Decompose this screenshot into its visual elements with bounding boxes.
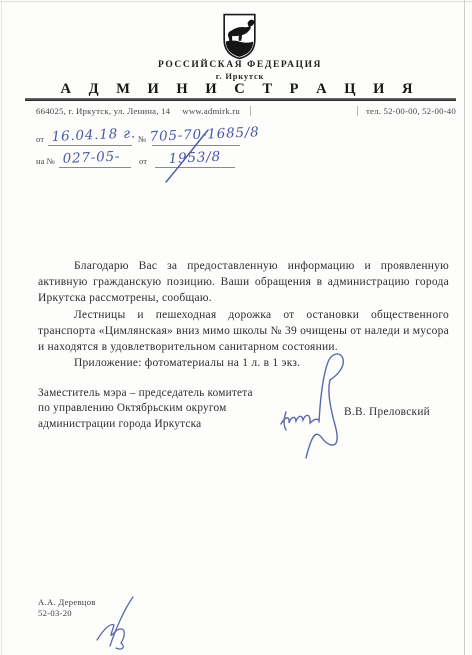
executor-block: А.А. Деревцов 52-03-20 — [38, 597, 96, 618]
paragraph-attachment: Приложение: фотоматериалы на 1 л. в 1 эк… — [38, 355, 449, 371]
outgoing-number-label: № — [138, 134, 146, 146]
reference-row-outgoing: от16.04.18 г.№705-70-1685/8 — [36, 127, 296, 149]
paragraph-report: Лестницы и пешеходная дорожка от останов… — [38, 307, 449, 356]
scan-edge-left — [1, 0, 2, 655]
letterhead-website: www.admirk.ru — [182, 106, 251, 116]
incoming-number-field: 027-05- — [59, 149, 131, 168]
outgoing-number-handwritten: 705-70-1685/8 — [150, 124, 261, 145]
signer-position-line: по управлению Октябрьским округом — [38, 401, 308, 416]
header-country: РОССИЙСКАЯ ФЕДЕРАЦИЯ — [0, 60, 472, 70]
irkutsk-coat-of-arms-icon — [221, 13, 258, 60]
letterhead-address: 664025, г. Иркутск, ул. Ленина, 14 — [36, 106, 170, 116]
outgoing-date-handwritten: 16.04.18 г. — [51, 125, 136, 145]
signer-name: В.В. Преловский — [344, 406, 430, 418]
header-city: г. Иркутск — [0, 71, 472, 81]
executor-name: А.А. Деревцов — [38, 597, 96, 608]
scan-edge-top — [0, 1, 472, 2]
paragraph-thanks: Благодарю Вас за предоставленную информа… — [38, 258, 449, 307]
incoming-number-handwritten: 027-05- — [62, 148, 120, 167]
outgoing-number-field: 705-70-1685/8 — [152, 127, 240, 146]
scanned-letter-page: РОССИЙСКАЯ ФЕДЕРАЦИЯ г. Иркутск А Д М И … — [0, 0, 472, 655]
reference-row-incoming: на №027-05-от1953/8 — [36, 149, 296, 171]
executor-phone: 52-03-20 — [38, 608, 96, 619]
incoming-date-field: 1953/8 — [155, 149, 235, 168]
incoming-date-label: от — [139, 156, 147, 168]
letter-body: Благодарю Вас за предоставленную информа… — [38, 258, 449, 371]
incoming-number-label: на № — [36, 156, 55, 168]
signer-position-line: Заместитель мэра – председатель комитета — [38, 386, 308, 401]
outgoing-date-label: от — [36, 134, 44, 146]
letterhead-contact-row: 664025, г. Иркутск, ул. Ленина, 14www.ad… — [36, 106, 456, 116]
outgoing-date-field: 16.04.18 г. — [48, 127, 132, 146]
header-organization: А Д М И Н И С Т Р А Ц И Я — [0, 81, 472, 98]
signer-position: Заместитель мэра – председатель комитета… — [38, 386, 308, 432]
scan-edge-right — [464, 0, 465, 655]
header-rule — [25, 98, 456, 101]
incoming-date-handwritten: 1953/8 — [168, 149, 221, 167]
letterhead-phone: тел. 52-00-00, 52-00-40 — [357, 106, 456, 116]
reference-block: от16.04.18 г.№705-70-1685/8 на №027-05-о… — [36, 127, 296, 171]
signer-position-line: администрации города Иркутска — [38, 417, 308, 432]
